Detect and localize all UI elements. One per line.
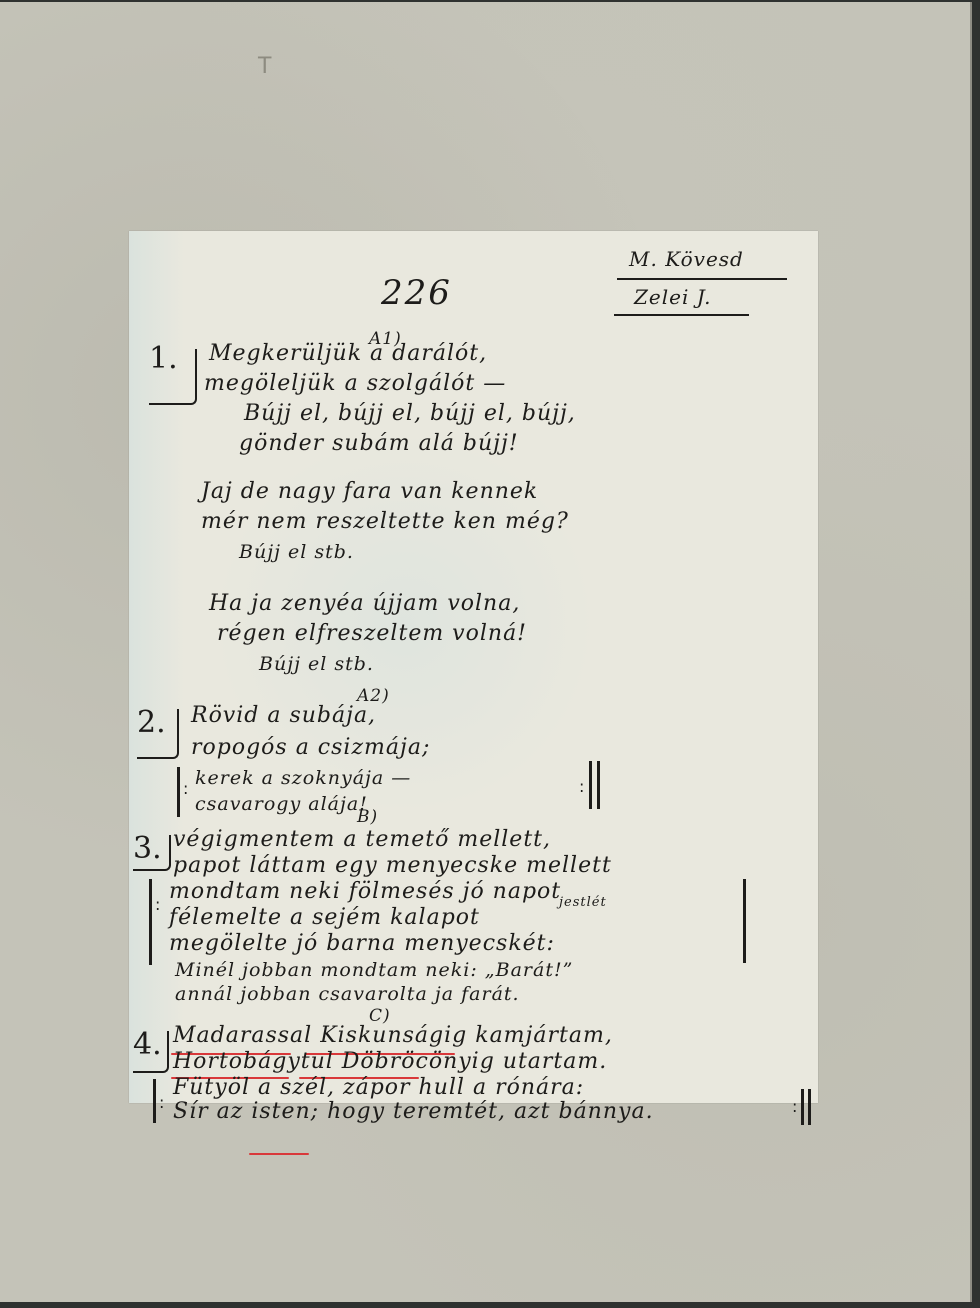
repeat-dots: : (579, 777, 584, 796)
verse-line: megölelte jó barna menyecskét: (169, 931, 555, 956)
repeat-end-bar (743, 879, 746, 963)
signature-underline (617, 278, 787, 280)
page-number: 226 (381, 273, 452, 313)
repeat-dots: : (183, 779, 188, 798)
verse-refrain: Bújj el stb. (259, 653, 374, 675)
section-bracket (133, 1031, 169, 1073)
repeat-start-bar (153, 1079, 156, 1123)
verse-line: Megkerüljük a darálót, (209, 341, 487, 366)
verse-line: csavarogy alája! (195, 793, 368, 815)
verse-line: mondtam neki fölmesés jó napot (169, 879, 561, 904)
verse-line: Rövid a subája, (191, 703, 376, 728)
verse-line: végigmentem a temető mellett, (173, 827, 551, 852)
repeat-end-bar (808, 1089, 811, 1125)
section-bracket (137, 709, 179, 759)
signature-collector: Zelei J. (634, 285, 712, 309)
verse-line: Ha ja zenyéa újjam volna, (209, 591, 520, 616)
section-label: B) (357, 807, 378, 827)
repeat-start-bar (149, 879, 152, 965)
repeat-start-bar (177, 767, 180, 817)
verse-line: papot láttam egy menyecske mellett (173, 853, 612, 878)
verse-line: kerek a szoknyája — (195, 767, 411, 789)
repeat-end-bar (801, 1089, 804, 1125)
verse-line: megöleljük a szolgálót — (204, 371, 506, 396)
verse-line: Minél jobban mondtam neki: „Barát!” (175, 959, 573, 981)
repeat-end-bar (589, 761, 592, 809)
verse-line: Hortobágytul Döbröcönyig utartam. (173, 1049, 607, 1074)
verse-line: mér nem reszeltette ken még? (201, 509, 569, 534)
verse-line: ropogós a csizmája; (191, 735, 430, 760)
verse-line: Fütyöl a szél, zápor hull a rónára: (173, 1075, 584, 1100)
signature-underline (614, 314, 749, 316)
verse-line: régen elfreszeltem volná! (217, 621, 527, 646)
repeat-dots: : (159, 1093, 164, 1112)
repeat-dots: : (792, 1097, 797, 1116)
repeat-dots: : (155, 895, 160, 914)
pencil-mark: T (258, 54, 271, 79)
verse-line: Bújj el, bújj el, bújj el, bújj, (244, 401, 576, 426)
verse-line: annál jobban csavarolta ja farát. (175, 983, 520, 1005)
red-underline (249, 1153, 309, 1155)
section-bracket (149, 349, 197, 405)
verse-line: Madarassal Kiskunságig kamjártam, (173, 1023, 613, 1048)
manuscript-sheet: 226 M. Kövesd Zelei J. A1) 1. Megkerüljü… (129, 231, 818, 1103)
verse-line: Sír az isten; hogy teremtét, azt bánnya. (173, 1099, 654, 1124)
signature-place: M. Kövesd (629, 247, 744, 271)
repeat-end-bar (597, 761, 600, 809)
variant-word: jestlét (559, 895, 607, 910)
verse-refrain: Bújj el stb. (239, 541, 354, 563)
verse-line: félemelte a sejém kalapot (169, 905, 480, 930)
section-bracket (133, 835, 171, 871)
verse-line: Jaj de nagy fara van kennek (201, 479, 538, 504)
verse-line: gönder subám alá bújj! (239, 431, 519, 456)
